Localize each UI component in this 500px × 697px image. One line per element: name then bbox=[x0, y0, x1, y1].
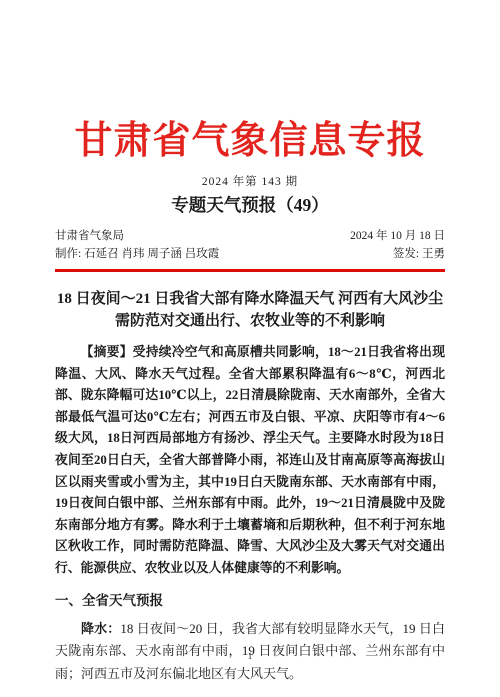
issue-number: 2024 年第 143 期 bbox=[55, 175, 445, 189]
masthead-title: 甘肃省气象信息专报 bbox=[55, 0, 445, 163]
precipitation-label: 降水： bbox=[81, 621, 120, 636]
org-name: 甘肃省气象局 bbox=[55, 228, 219, 246]
makers-line: 制作: 石延召 肖玮 周子涵 吕玫霞 bbox=[55, 246, 219, 264]
summary-paragraph: 【摘要】受持续冷空气和高原槽共同影响，18～21日我省将出现降温、大风、降水天气… bbox=[55, 342, 445, 580]
headline-line-1: 18 日夜间～21 日我省大部有降水降温天气 河西有大风沙尘 bbox=[57, 291, 443, 307]
page-number: 1 bbox=[0, 651, 500, 661]
header-info-left: 甘肃省气象局 制作: 石延召 肖玮 周子涵 吕玫霞 bbox=[55, 228, 219, 263]
report-headline: 18 日夜间～21 日我省大部有降水降温天气 河西有大风沙尘 需防范对交通出行、… bbox=[55, 289, 445, 332]
header-info-right: 2024 年 10 月 18 日 签发: 王勇 bbox=[350, 228, 445, 263]
signer-line: 签发: 王勇 bbox=[350, 246, 445, 264]
report-page: 甘肃省气象信息专报 2024 年第 143 期 专题天气预报（49） 甘肃省气象… bbox=[0, 0, 500, 697]
section-1-heading: 一、全省天气预报 bbox=[55, 592, 445, 610]
report-type-title: 专题天气预报（49） bbox=[55, 194, 445, 216]
red-divider-rule bbox=[55, 269, 445, 272]
header-info: 甘肃省气象局 制作: 石延召 肖玮 周子涵 吕玫霞 2024 年 10 月 18… bbox=[55, 228, 445, 263]
headline-line-2: 需防范对交通出行、农牧业等的不利影响 bbox=[115, 313, 385, 329]
issue-date: 2024 年 10 月 18 日 bbox=[350, 228, 445, 246]
